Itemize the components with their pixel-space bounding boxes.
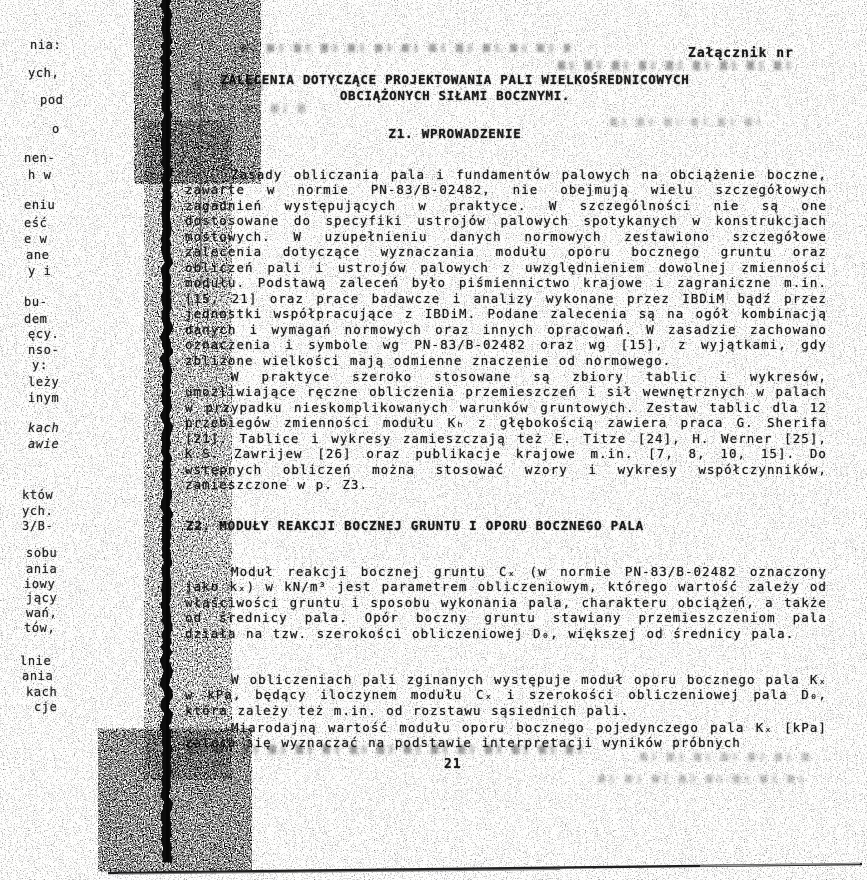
footer-line: [108, 864, 862, 873]
margin-fragment: nen-: [24, 151, 55, 165]
margin-fragment: h w: [28, 168, 51, 182]
margin-fragment: tów,: [24, 621, 55, 635]
section-z1-heading: Z1. WPROWADZENIE: [135, 126, 775, 141]
margin-fragment: pod: [40, 93, 63, 107]
margin-fragment: kach: [28, 421, 59, 435]
ink-smudge: [240, 44, 570, 52]
attachment-label: Załącznik nr: [688, 46, 794, 61]
margin-fragment: jący: [26, 591, 57, 605]
margin-fragment: e w: [24, 232, 47, 246]
margin-fragment: kach: [26, 685, 57, 699]
margin-fragment: 3/B-: [22, 519, 53, 533]
section-z2-paragraph-1: Moduł reakcji bocznej gruntu Cₓ (w normi…: [185, 564, 827, 642]
margin-fragment: o: [52, 122, 60, 136]
margin-fragment: ych,: [28, 66, 59, 80]
margin-fragment: eniu: [24, 198, 55, 212]
ink-smudge: [598, 775, 808, 783]
ink-smudge: [640, 753, 810, 761]
section-z1-paragraph-2: W praktyce szeroko stosowane są zbiory t…: [185, 369, 827, 493]
margin-fragment: y i: [28, 264, 51, 278]
page-number: 21: [444, 757, 462, 772]
margin-fragment: ania: [26, 562, 57, 576]
footer-line-shadow: [118, 870, 560, 875]
margin-fragment: sobu: [26, 546, 57, 560]
margin-fragment: ych.: [22, 504, 53, 518]
ink-smudge: [610, 118, 760, 126]
margin-fragment: wań,: [26, 606, 57, 620]
section-z2-heading: Z2. MODUŁY REAKCJI BOCZNEJ GRUNTU I OPOR…: [186, 518, 826, 533]
margin-fragment: ania: [22, 669, 53, 683]
margin-fragment: bu-: [24, 295, 47, 309]
margin-fragment: któw: [22, 488, 53, 502]
footer-line-highlight: [700, 864, 860, 867]
scanned-document-page: nia: ych, pod o nen- h w eniu eść e w an…: [0, 0, 867, 880]
document-title-line1: ZALECENIA DOTYCZĄCE PROJEKTOWANIA PALI W…: [135, 72, 775, 88]
margin-fragment: nso-: [28, 343, 59, 357]
margin-fragment: y:: [32, 358, 48, 372]
margin-fragment: cje: [34, 700, 57, 714]
margin-fragment: inym: [28, 391, 59, 405]
ink-smudge: [190, 104, 305, 113]
margin-fragment: iowy: [24, 577, 55, 591]
ink-smudge: [558, 61, 793, 70]
margin-fragment: eść: [24, 216, 47, 230]
section-z1-paragraph-1: Zasady obliczania pala i fundamentów pal…: [185, 167, 827, 369]
margin-fragment: lnie: [20, 654, 51, 668]
margin-fragment: awie: [28, 437, 59, 451]
margin-fragment: nia:: [30, 38, 61, 52]
margin-fragment: leży: [28, 375, 59, 389]
margin-fragment: dem: [24, 312, 47, 326]
document-title: ZALECENIA DOTYCZĄCE PROJEKTOWANIA PALI W…: [135, 72, 775, 103]
margin-fragment: ęcy.: [28, 327, 59, 341]
margin-fragment: ane: [26, 248, 49, 262]
section-z2-paragraph-3: Miarodajną wartość modułu oporu bocznego…: [185, 720, 827, 751]
section-z2-paragraph-2: W obliczeniach pali zginanych występuje …: [185, 672, 827, 719]
document-title-line2: OBCIĄŻONYCH SIŁAMI BOCZNYMI.: [135, 88, 775, 104]
binding-noise-bottom: [105, 735, 245, 865]
